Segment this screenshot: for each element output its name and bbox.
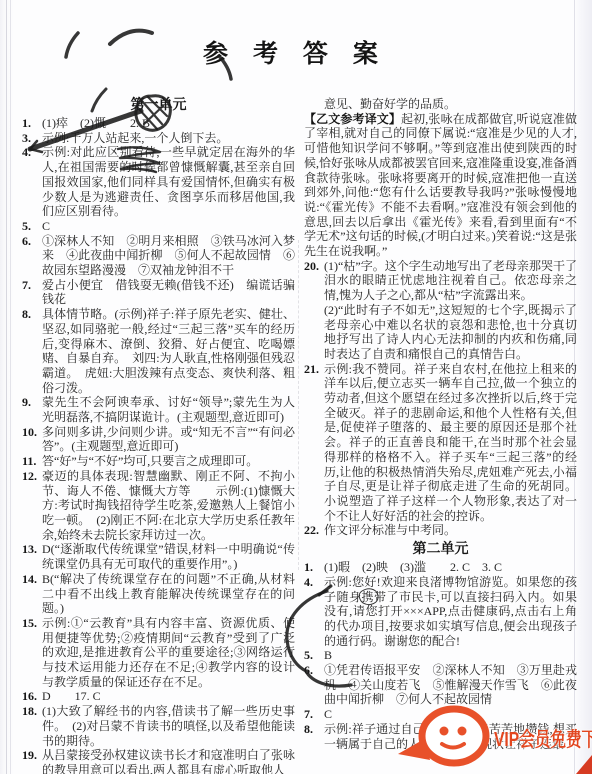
continuation-line: 意见、勤奋好学的品质。 [304,97,577,112]
column-divider [298,240,299,570]
item-text: 示例:我不赞同。祥子来自农村,在他拉上租来的洋车以后,便立志买一辆车自己拉,做一… [324,362,577,523]
item-number: 7. [22,278,31,293]
answer-item: 11.答“好”与“不好”均可,只要言之成理即可。 [22,454,295,469]
speech-bubble-icon [392,700,497,772]
item-text: ①深林人不知 ②明月来相照 ③铁马冰河入梦来 ④此夜曲中闻折柳 ⑤何人不起故园情… [42,234,295,277]
answer-item: 10.多问则多讲,少问则少讲。或“知无不言”“有问必答”。(主观题型,意近即可) [22,425,295,454]
item-number: 4. [22,145,31,160]
item-text: (1)大致了解经书的内容,借读书了解一些历史事件。 (2)对吕蒙不肯读书的嗔怪,… [42,704,295,747]
answer-item: 7.爱占小便宜 借钱耍无赖(借钱不还) 编谎话骗钱花 [22,278,295,307]
item-text: 示例:①“云教育”具有内容丰富、资源优质、使用便捷等优势;②疫情期间“云教育”受… [42,616,295,689]
item-text: (1)瘁 (2)慨 2. B [42,116,150,130]
answer-item: 6.①深林人不知 ②明月来相照 ③铁马冰河入梦来 ④此夜曲中闻折柳 ⑤何人不起故… [22,234,295,278]
answer-item: 18.(1)大致了解经书的内容,借读书了解一些历史事件。 (2)对吕蒙不肯读书的… [22,704,295,748]
item-number: 9. [22,395,31,410]
unit1-answer-list: 1.(1)瘁 (2)慨 2. B3.示例:千万人站起来,一个人倒下去。4.示例:… [22,116,295,774]
answer-item: 16.D 17. C [22,689,295,704]
item-number: 21. [304,362,319,377]
answer-item: 5.B [304,648,577,663]
item-number: 10. [22,425,37,440]
item-text: D(“逐渐取代传统课堂”错误,材料一中明确说“传统课堂仍具有无可取代的重要作用”… [42,542,295,571]
right-column: 意见、勤奋好学的品质。 【乙文参考译文】起初,张咏在成都做官,听说寇准做了宰相,… [304,97,577,751]
item-number: 6. [304,663,313,678]
unit1-heading: 第一单元 [22,95,295,113]
item-number: 16. [22,689,37,704]
item-number: 3. [22,131,31,146]
answer-item: 14.B(“解决了传统课堂存在的问题”不正确,从材料二中看不出线上教育能解决传统… [22,572,295,616]
item-number: 4. [304,575,313,590]
vip-watermark[interactable]: VIP会员免费下载 [392,700,592,772]
item-text: 爱占小便宜 借钱耍无赖(借钱不还) 编谎话骗钱花 [42,278,295,307]
item-text: 示例:您好!欢迎来良渚博物馆游览。如果您的孩子随身携带了市民卡,可以直接扫码入内… [324,575,577,648]
answer-item: 15.示例:①“云教育”具有内容丰富、资源优质、使用便捷等优势;②疫情期间“云教… [22,616,295,690]
item-text: 示例:千万人站起来,一个人倒下去。 [42,131,228,145]
corner-triangle-mark [576,755,592,774]
item-text: 答“好”与“不好”均可,只要言之成理即可。 [42,454,258,468]
answer-item: 9.蒙先生不会阿谀奉承、讨好“领导”;蒙先生为人光明磊落,不搞阴谋诡计。(主观题… [22,395,295,424]
item-text: 多问则多讲,少问则少讲。或“知无不言”“有问必答”。(主观题型,意近即可) [42,425,295,454]
item-text: D 17. C [42,689,101,703]
item-number: 11. [22,454,36,469]
translation-paragraph: 【乙文参考译文】起初,张咏在成都做官,听说寇准做了宰相,就对自己的同僚下属说:“… [304,112,577,259]
answer-item: 1.(1)暇 (2)映 (3)滥 2. C 3. C [304,560,577,575]
item-number: 1. [22,116,31,131]
item-number: 1. [304,560,313,575]
answer-item: 13.D(“逐渐取代传统课堂”错误,材料一中明确说“传统课堂仍具有无可取代的重要… [22,542,295,571]
item-number: 6. [22,234,31,249]
answer-item: 21.示例:我不赞同。祥子来自农村,在他拉上租来的洋车以后,便立志买一辆车自己拉… [304,362,577,524]
item-number: 12. [22,469,37,484]
answer-item: 5.C [22,219,295,234]
item-text: 作文评分标准与中考同。 [324,523,456,537]
answer-item: 1.(1)瘁 (2)慨 2. B [22,116,295,131]
item-text: 示例:对此应区别看待,一些早就定居在海外的华人,在祖国需要的时候都曾慷慨解囊,甚… [42,145,295,218]
item-number: 15. [22,616,37,631]
page-title: 参 考 答 案 [203,34,387,70]
item-number: 8. [304,722,313,737]
item-text: C [324,707,332,721]
item-number: 20. [304,259,319,274]
page-left-edge [0,0,14,774]
item-number: 19. [22,748,37,763]
left-column: 第一单元 1.(1)瘁 (2)慨 2. B3.示例:千万人站起来,一个人倒下去。… [22,94,295,774]
unit1-answer-list-continued: 20.(1)“枯”字。这个字生动地写出了老母亲那哭干了泪水的眼睛正忧虑地注视着自… [304,259,577,538]
item-number: 13. [22,542,37,557]
item-number: 14. [22,572,37,587]
item-text: (1)“枯”字。这个字生动地写出了老母亲那哭干了泪水的眼睛正忧虑地注视着自己。依… [324,259,577,361]
item-number: 5. [22,219,31,234]
item-number: 18. [22,704,37,719]
item-text: 具体情节略。(示例)祥子:祥子原先老实、健壮、坚忍,如同骆驼一般,经过“三起三落… [42,307,295,395]
item-number: 5. [304,648,313,663]
item-text: 蒙先生不会阿谀奉承、讨好“领导”;蒙先生为人光明磊落,不搞阴谋诡计。(主观题型,… [42,395,295,424]
item-text: 从吕蒙接受孙权建议读书长才和寇准明白了张咏的教导用意可以看出,两人都具有虚心听取… [42,748,295,774]
scanned-answer-page: 参 考 答 案 第一单元 1.(1)瘁 (2)慨 2. B3.示例:千万人站起来… [0,0,592,774]
answer-item: 19.从吕蒙接受孙权建议读书长才和寇准明白了张咏的教导用意可以看出,两人都具有虚… [22,748,295,774]
answer-item: 3.示例:千万人站起来,一个人倒下去。 [22,131,295,146]
translation-text: 起初,张咏在成都做官,听说寇准做了宰相,就对自己的同僚下属说:“寇准是少见的人才… [304,112,577,258]
item-number: 22. [304,523,319,538]
item-text: C [42,219,50,233]
translation-label: 【乙文参考译文】 [304,112,401,126]
item-text: B [324,648,332,662]
answer-item: 4.示例:对此应区别看待,一些早就定居在海外的华人,在祖国需要的时候都曾慷慨解囊… [22,145,295,219]
item-text: 豪迈的具体表现:智慧幽默、刚正不阿、不拘小节、诲人不倦、慷慨大方等 示例:(1)… [42,469,295,542]
item-number: 8. [22,307,31,322]
vip-watermark-text: VIP会员免费下载 [494,723,592,752]
answer-item: 22.作文评分标准与中考同。 [304,523,577,538]
item-text: B(“解决了传统课堂存在的问题”不正确,从材料二中看不出线上教育能解决传统课堂存… [42,572,295,615]
item-number: 7. [304,707,313,722]
item-text: (1)暇 (2)映 (3)滥 2. C 3. C [324,560,502,574]
answer-item: 12.豪迈的具体表现:智慧幽默、刚正不阿、不拘小节、诲人不倦、慷慨大方等 示例:… [22,469,295,543]
answer-item: 8.具体情节略。(示例)祥子:祥子原先老实、健壮、坚忍,如同骆驼一般,经过“三起… [22,307,295,395]
answer-item: 4.示例:您好!欢迎来良渚博物馆游览。如果您的孩子随身携带了市民卡,可以直接扫码… [304,575,577,649]
answer-item: 20.(1)“枯”字。这个字生动地写出了老母亲那哭干了泪水的眼睛正忧虑地注视着自… [304,259,577,362]
unit2-heading: 第二单元 [304,539,577,557]
